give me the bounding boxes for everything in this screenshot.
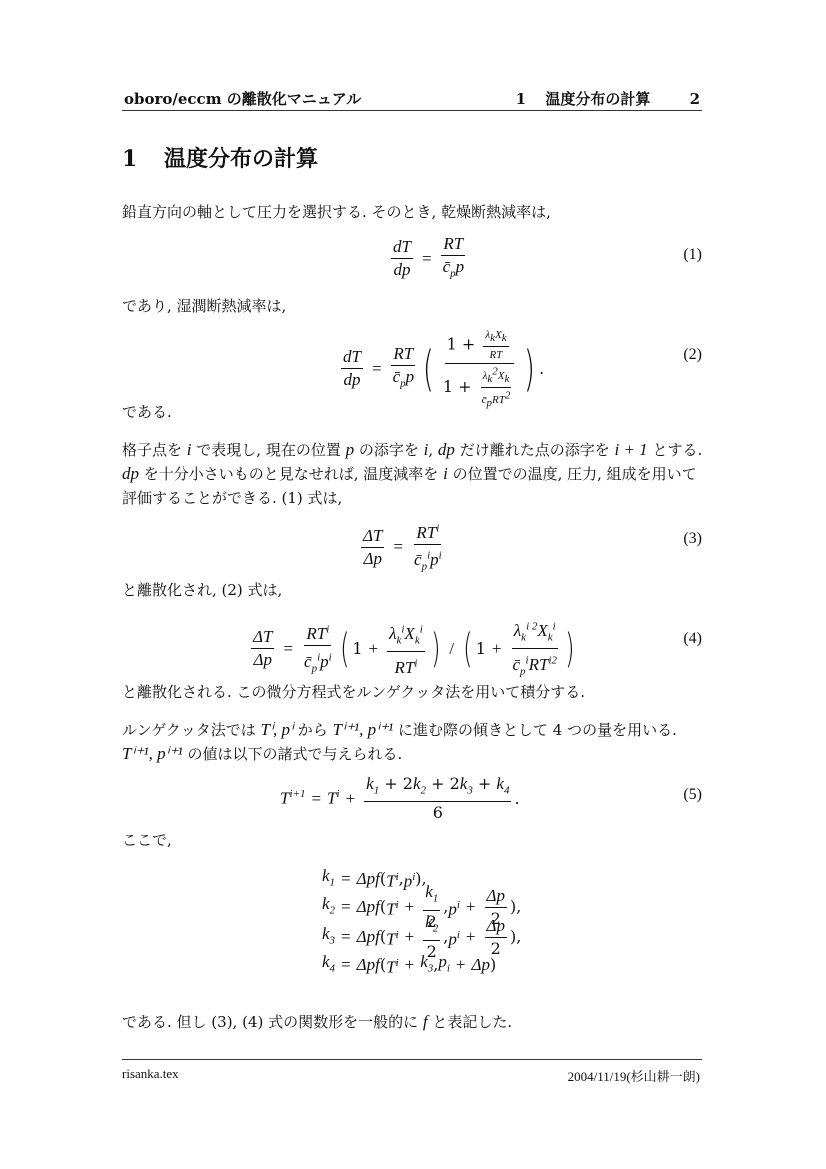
paragraph-9: である. 但し (3), (4) 式の関数形を一般的に f と表記した. (122, 1010, 704, 1034)
section-heading: 1温度分布の計算 (122, 142, 318, 173)
equation-number: (2) (683, 346, 702, 364)
equation-5: Ti+1=Ti+ k1 + 2k2 + 2k3 + k46. (5) (122, 774, 702, 822)
equation-2: dTdp = RTc̄pp ( 1 + λkXkRT 1 + λk2Xkc̄pR… (122, 324, 702, 390)
document-page: oboro/eccm の離散化マニュアル 1 温度分布の計算 2 1温度分布の計… (0, 0, 826, 1169)
paragraph-8: ここで, (122, 828, 704, 852)
section-number: 1 (122, 146, 164, 172)
running-footer: risanka.tex 2004/11/19(杉山耕一朗) (122, 1059, 702, 1060)
equation-1: dTdp = RTc̄pp (1) (122, 234, 702, 282)
equation-number: (4) (683, 630, 702, 648)
equation-number: (3) (683, 530, 702, 548)
footer-date-author: 2004/11/19(杉山耕一朗) (568, 1066, 700, 1085)
running-header: oboro/eccm の離散化マニュアル 1 温度分布の計算 2 (122, 86, 702, 111)
equation-3: ΔTΔp = RTic̄pipi (3) (122, 518, 702, 566)
equation-number: (5) (683, 786, 702, 804)
paragraph-4: 格子点を i で表現し, 現在の位置 p の添字を i, dp だけ離れた点の添… (122, 438, 704, 510)
k3-equation: k3=Δpf(Ti+k22, pi+Δp2), (322, 922, 521, 952)
header-title: oboro/eccm の離散化マニュアル (124, 88, 361, 109)
equation-number: (1) (683, 246, 702, 264)
paragraph-3: である. (122, 400, 704, 424)
paragraph-2: であり, 湿潤断熱減率は, (122, 294, 704, 318)
header-section-number: 1 (516, 90, 526, 108)
paragraph-6: と離散化される. この微分方程式をルンゲクッタ法を用いて積分する. (122, 680, 704, 704)
page-number: 2 (690, 90, 700, 108)
equation-4: ΔTΔp = RTic̄pipi (1+ λkiXkiRTi )/(1+ λki… (122, 614, 702, 670)
section-title: 温度分布の計算 (164, 146, 318, 172)
runge-kutta-coefficients: k1=Δpf(Ti, pi), k2=Δpf(Ti+k12, pi+Δp2), … (322, 866, 521, 978)
paragraph-5: と離散化され, (2) 式は, (122, 578, 704, 602)
header-section-title: 温度分布の計算 (545, 90, 650, 108)
paragraph-7: ルンゲクッタ法では Tⁱ, pⁱ から Tⁱ⁺¹, pⁱ⁺¹ に進む際の傾きとし… (122, 718, 704, 766)
paragraph-1: 鉛直方向の軸として圧力を選択する. そのとき, 乾燥断熱減率は, (122, 200, 704, 224)
header-right: 1 温度分布の計算 2 (502, 88, 700, 109)
k4-equation: k4=Δpf(Ti+k3, pi+Δp) (322, 952, 521, 978)
footer-filename: risanka.tex (122, 1066, 179, 1082)
